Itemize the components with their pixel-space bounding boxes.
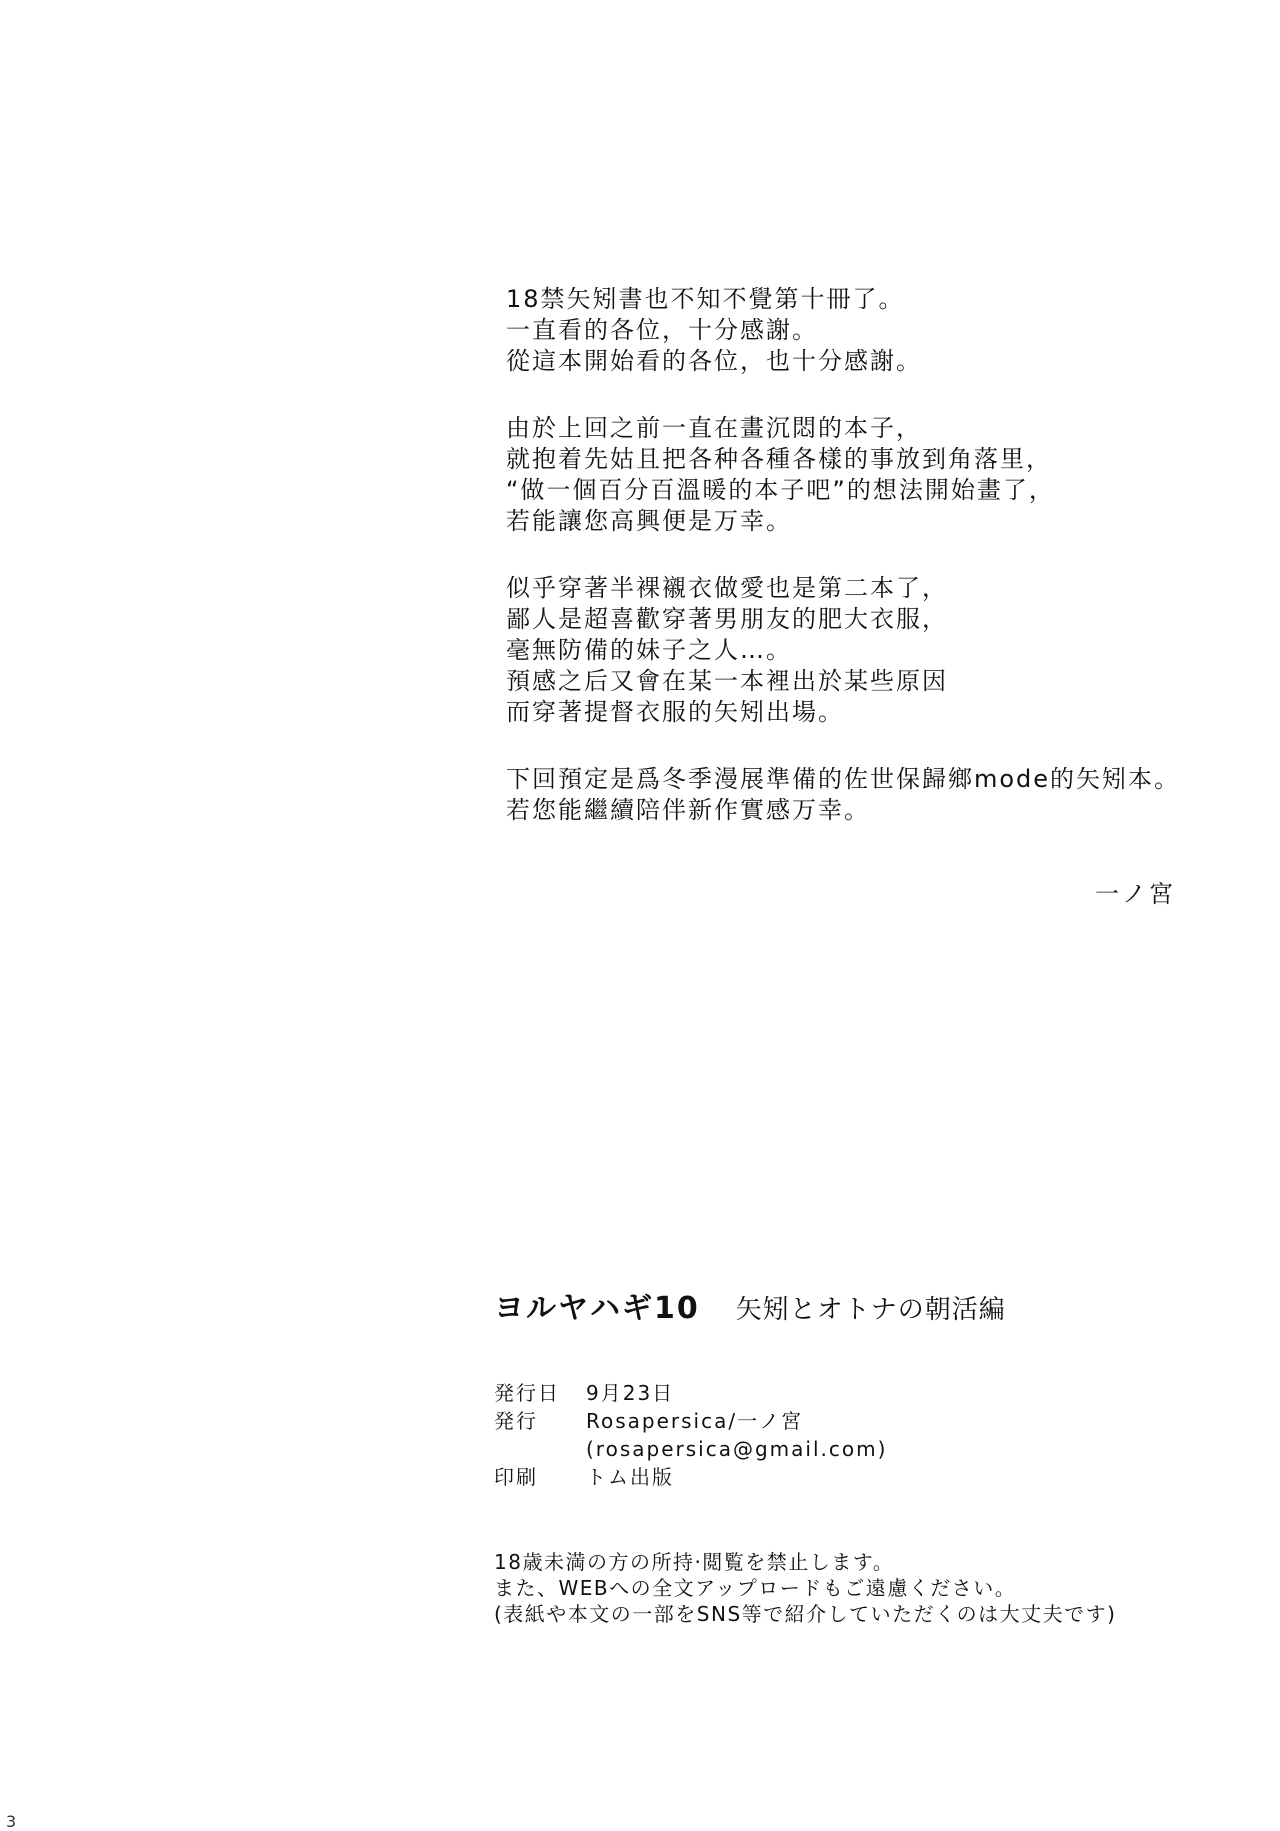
text-line: 就抱着先姑且把各种各種各樣的事放到角落里，	[506, 444, 1166, 475]
text-line: 下回預定是爲冬季漫展準備的佐世保歸鄉mode的矢矧本。	[506, 764, 1166, 795]
info-label: 印刷	[494, 1463, 586, 1491]
text-line: 由於上回之前一直在畫沉悶的本子，	[506, 413, 1166, 444]
age-restriction-notice: 18歳未満の方の所持·閲覧を禁止します。 また、WEBへの全文アップロードもご遠…	[494, 1549, 1214, 1627]
text-line: 若能讓您高興便是万幸。	[506, 506, 1166, 537]
colophon: ヨルヤハギ10 矢矧とオトナの朝活編 発行日 9月23日 発行 Rosapers…	[494, 1283, 1214, 1627]
notice-line: (表紙や本文の一部をSNS等で紹介していただくのは大丈夫です)	[494, 1601, 1214, 1627]
text-line: 毫無防備的妹子之人…。	[506, 635, 1166, 666]
series-title: ヨルヤハギ10	[494, 1283, 700, 1327]
contact-email: (rosapersica@gmail.com)	[586, 1435, 887, 1463]
text-line: “做一個百分百溫暖的本子吧”的想法開始畫了，	[506, 475, 1166, 506]
info-row-printer: 印刷 トム出版	[494, 1463, 1214, 1491]
info-label: 発行日	[494, 1379, 586, 1407]
text-line: 鄙人是超喜歡穿著男朋友的肥大衣服，	[506, 604, 1166, 635]
afterword-paragraph-2: 由於上回之前一直在畫沉悶的本子， 就抱着先姑且把各种各種各樣的事放到角落里， “…	[506, 413, 1166, 537]
text-line: 從這本開始看的各位，也十分感謝。	[506, 346, 1166, 377]
author-signature: 一ノ宮	[1095, 874, 1176, 909]
book-subtitle: 矢矧とオトナの朝活編	[736, 1289, 1006, 1326]
afterword-paragraph-4: 下回預定是爲冬季漫展準備的佐世保歸鄉mode的矢矧本。 若您能繼續陪伴新作實感万…	[506, 764, 1166, 826]
info-value: トム出版	[586, 1463, 674, 1491]
text-line: 預感之后又會在某一本裡出於某些原因	[506, 666, 1166, 697]
publication-info: 発行日 9月23日 発行 Rosapersica/一ノ宮 (rosapersic…	[494, 1379, 1214, 1491]
notice-line: また、WEBへの全文アップロードもご遠慮ください。	[494, 1575, 1214, 1601]
info-row-issue-date: 発行日 9月23日	[494, 1379, 1214, 1407]
info-label: 発行	[494, 1407, 586, 1435]
book-title: ヨルヤハギ10 矢矧とオトナの朝活編	[494, 1283, 1214, 1327]
page-number: 3	[6, 1812, 16, 1831]
afterword-paragraph-3: 似乎穿著半裸襯衣做愛也是第二本了， 鄙人是超喜歡穿著男朋友的肥大衣服， 毫無防備…	[506, 573, 1166, 728]
afterword-paragraph-1: 18禁矢矧書也不知不覺第十冊了。 一直看的各位，十分感謝。 從這本開始看的各位，…	[506, 284, 1166, 377]
document-page: 18禁矢矧書也不知不覺第十冊了。 一直看的各位，十分感謝。 從這本開始看的各位，…	[0, 0, 1280, 1831]
info-value: Rosapersica/一ノ宮	[586, 1407, 803, 1435]
notice-line: 18歳未満の方の所持·閲覧を禁止します。	[494, 1549, 1214, 1575]
text-line: 一直看的各位，十分感謝。	[506, 315, 1166, 346]
afterword-text: 18禁矢矧書也不知不覺第十冊了。 一直看的各位，十分感謝。 從這本開始看的各位，…	[506, 284, 1166, 862]
text-line: 18禁矢矧書也不知不覺第十冊了。	[506, 284, 1166, 315]
info-row-publisher: 発行 Rosapersica/一ノ宮	[494, 1407, 1214, 1435]
text-line: 似乎穿著半裸襯衣做愛也是第二本了，	[506, 573, 1166, 604]
info-row-email: (rosapersica@gmail.com)	[494, 1435, 1214, 1463]
info-label	[494, 1435, 586, 1463]
info-value: 9月23日	[586, 1379, 674, 1407]
text-line: 而穿著提督衣服的矢矧出場。	[506, 697, 1166, 728]
text-line: 若您能繼續陪伴新作實感万幸。	[506, 795, 1166, 826]
